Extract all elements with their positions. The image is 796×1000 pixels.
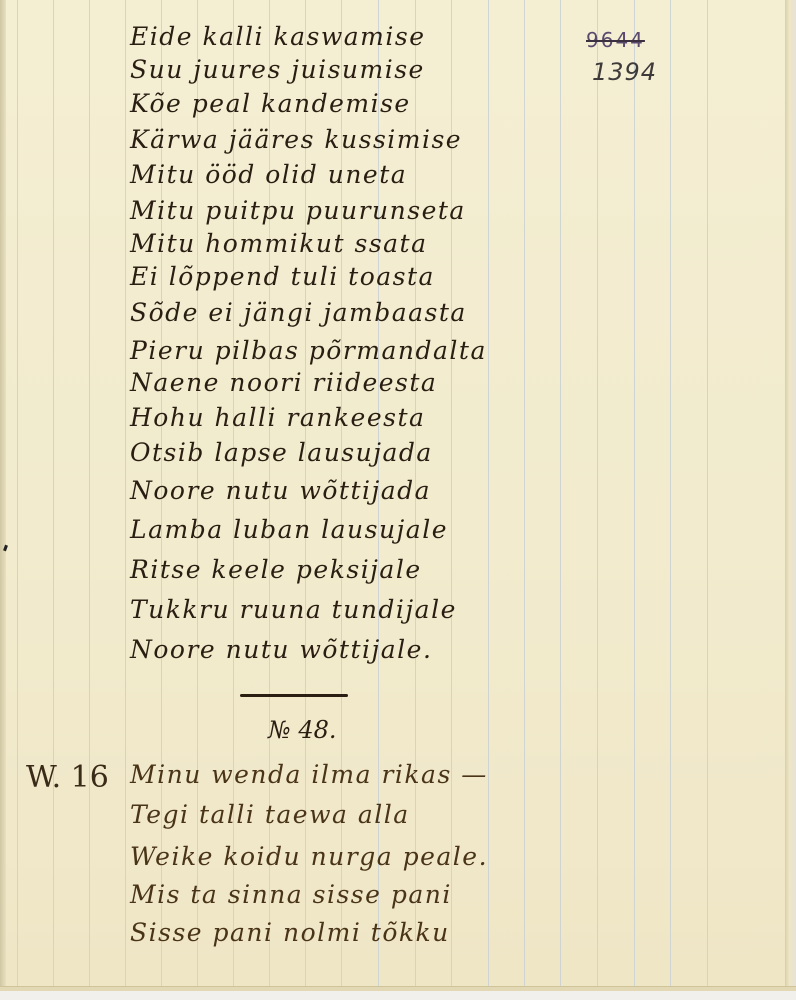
verse-line: Mitu hommikut ssata — [130, 229, 428, 258]
verse-line: Naene noori riideesta — [130, 368, 437, 397]
verse-line: Noore nutu wõttijale. — [130, 635, 432, 664]
manuscript-page: 9644 1394 Eide kalli kaswamise Suu juure… — [0, 0, 788, 990]
rule-line — [488, 0, 489, 988]
verse-line: Hohu halli rankeesta — [130, 403, 425, 432]
verse-line: Weike koidu nurga peale. — [130, 842, 488, 871]
margin-note: W. 16 — [26, 760, 109, 795]
verse-line: Noore nutu wõttijada — [130, 476, 431, 505]
rule-line — [670, 0, 671, 988]
rule-line — [634, 0, 635, 988]
rule-line — [53, 0, 54, 988]
verse-line: Suu juures juisumise — [130, 55, 425, 84]
ink-mark — [3, 545, 8, 552]
verse-line: Sisse pani nolmi tõkku — [130, 918, 450, 947]
rule-line — [597, 0, 598, 988]
rule-line — [125, 0, 126, 988]
verse-line: Sõde ei jängi jambaasta — [130, 298, 467, 327]
verse-line: Kärwa jääres kussimise — [130, 125, 462, 154]
song-number: № 48. — [268, 716, 337, 744]
page-right-edge — [785, 0, 796, 995]
verse-line: Kõe peal kandemise — [130, 89, 411, 118]
verse-line: Otsib lapse lausujada — [130, 438, 433, 467]
verse-line: Eide kalli kaswamise — [130, 22, 426, 51]
scan-background — [0, 991, 796, 1000]
archive-number: 1394 — [592, 58, 657, 86]
rule-line — [17, 0, 18, 988]
verse-line: Tukkru ruuna tundijale — [130, 595, 457, 624]
section-separator — [240, 694, 348, 697]
verse-line: Mitu ööd olid uneta — [130, 160, 407, 189]
verse-line: Tegi talli taewa alla — [130, 800, 410, 829]
verse-line: Minu wenda ilma rikas — — [130, 760, 488, 789]
page-binding-edge — [0, 0, 6, 990]
verse-line: Ritse keele peksijale — [130, 555, 422, 584]
verse-line: Mis ta sinna sisse pani — [130, 880, 452, 909]
rule-line — [707, 0, 708, 988]
verse-line: Lamba luban lausujale — [130, 515, 448, 544]
rule-line — [89, 0, 90, 988]
rule-line — [524, 0, 525, 988]
verse-line: Pieru pilbas põrmandalta — [130, 336, 487, 365]
verse-line: Ei lõppend tuli toasta — [130, 262, 435, 291]
archive-number-crossed-out: 9644 — [586, 28, 645, 52]
verse-line: Mitu puitpu puurunseta — [130, 196, 466, 225]
rule-line — [560, 0, 561, 988]
